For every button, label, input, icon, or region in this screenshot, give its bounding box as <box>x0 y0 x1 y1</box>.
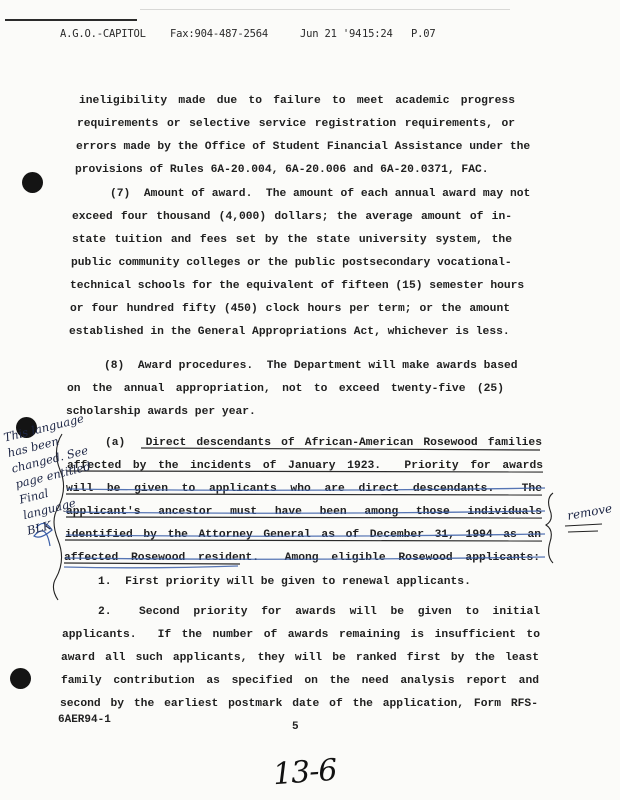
body-line: award all such applicants, they will be … <box>61 647 539 670</box>
body-line-struck: applicant's ancestor must have been amon… <box>66 501 542 524</box>
body-line: scholarship awards per year. <box>66 401 366 424</box>
fax-header: A.G.O.-CAPITOL Fax:904-487-2564 Jun 21 '… <box>0 28 620 44</box>
punch-hole <box>22 172 43 193</box>
fax-time: 15:24 <box>362 28 393 40</box>
handwritten-page-number: 13-6 <box>272 753 338 792</box>
page-number: 5 <box>292 721 299 733</box>
form-id: 6AER94-1 <box>58 714 111 726</box>
fax-date: Jun 21 '94 <box>300 28 361 40</box>
fax-sender: A.G.O.-CAPITOL <box>60 28 146 40</box>
punch-hole <box>10 668 31 689</box>
fax-number: Fax:904-487-2564 <box>170 28 268 40</box>
body-line-struck: identified by the Attorney General as of… <box>65 524 541 547</box>
body-line: established in the General Appropriation… <box>69 321 509 344</box>
body-line: (7) Amount of award. The amount of each … <box>110 183 512 206</box>
margin-note-language-changed: This language has been changed. See page… <box>2 415 87 538</box>
body-line: on the annual appropriation, not to exce… <box>67 378 504 401</box>
body-line: ineligibility made due to failure to mee… <box>79 90 515 113</box>
body-line-struck: (a) Direct descendants of African-Americ… <box>105 432 542 455</box>
body-line: family contribution as specified on the … <box>61 670 539 693</box>
body-line-struck: will be given to applicants who are dire… <box>66 478 542 501</box>
scan-artifact-line <box>140 9 510 10</box>
body-line: errors made by the Office of Student Fin… <box>76 136 514 159</box>
body-line: 1. First priority will be given to renew… <box>98 571 518 594</box>
body-line: requirements or selective service regist… <box>77 113 515 136</box>
fax-page: P.07 <box>411 28 436 40</box>
fax-header-rule <box>5 19 137 21</box>
body-line: exceed four thousand (4,000) dollars; th… <box>72 206 512 229</box>
body-line: public community colleges or the public … <box>71 252 511 275</box>
body-line: state tuition and fees set by the state … <box>72 229 512 252</box>
body-line: provisions of Rules 6A-20.004, 6A-20.006… <box>75 159 515 182</box>
body-line: (8) Award procedures. The Department wil… <box>104 355 504 378</box>
body-line: or four hundred fifty (450) clock hours … <box>70 298 510 321</box>
body-line: affected Rosewood resident. Among eligib… <box>64 547 540 570</box>
body-line: 2. Second priority for awards will be gi… <box>98 601 540 624</box>
body-line: second by the earliest postmark date of … <box>60 693 538 716</box>
body-line-struck: affected by the incidents of January 192… <box>67 455 543 478</box>
body-line: technical schools for the equivalent of … <box>70 275 510 298</box>
margin-note-remove: remove <box>566 501 613 523</box>
body-line: applicants. If the number of awards rema… <box>62 624 540 647</box>
